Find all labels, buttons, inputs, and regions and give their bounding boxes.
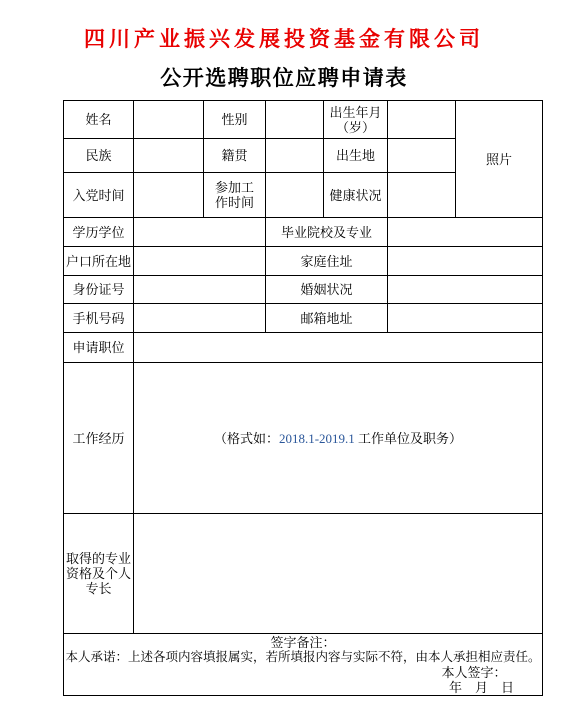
application-form-page: 四川产业振兴发展投资基金有限公司 公开选聘职位应聘申请表 姓名 性别 出生年月 … — [0, 0, 568, 712]
name-label: 姓名 — [64, 101, 134, 139]
school-major-label: 毕业院校及专业 — [266, 218, 388, 247]
birthplace-value-cell[interactable] — [388, 139, 456, 173]
health-status-value-cell[interactable] — [388, 173, 456, 218]
signature-remarks-cell[interactable]: 签字备注： 本人承诺：上述各项内容填报属实，若所填报内容与实际不符，由本人承担相… — [64, 634, 543, 696]
application-form-table: 姓名 性别 出生年月 （岁） 照片 民族 籍贯 出生地 入党时间 参加工 作时间… — [63, 100, 543, 696]
id-number-value-cell[interactable] — [134, 276, 266, 304]
personal-signature-label: 本人签字： — [406, 665, 542, 680]
email-address-label: 邮箱地址 — [266, 304, 388, 333]
email-address-value-cell[interactable] — [388, 304, 543, 333]
gender-label: 性别 — [204, 101, 266, 139]
home-address-label: 家庭住址 — [266, 247, 388, 276]
education-degree-value-cell[interactable] — [134, 218, 266, 247]
work-start-date-label: 参加工 作时间 — [204, 173, 266, 218]
household-location-value-cell[interactable] — [134, 247, 266, 276]
table-row: 学历学位 毕业院校及专业 — [64, 218, 543, 247]
work-start-date-value-cell[interactable] — [266, 173, 324, 218]
marital-status-label: 婚姻状况 — [266, 276, 388, 304]
table-row: 户口所在地 家庭住址 — [64, 247, 543, 276]
ethnicity-label: 民族 — [64, 139, 134, 173]
home-address-value-cell[interactable] — [388, 247, 543, 276]
table-row: 签字备注： 本人承诺：上述各项内容填报属实，若所填报内容与实际不符，由本人承担相… — [64, 634, 543, 696]
sign-note-label: 签字备注： — [64, 635, 542, 650]
work-experience-label: 工作经历 — [64, 363, 134, 514]
date-line: 年 月 日 — [421, 680, 542, 695]
table-row: 申请职位 — [64, 333, 543, 363]
id-number-label: 身份证号 — [64, 276, 134, 304]
commitment-text: 本人承诺：上述各项内容填报属实，若所填报内容与实际不符，由本人承担相应责任。 — [64, 650, 542, 665]
native-place-value-cell[interactable] — [266, 139, 324, 173]
applied-position-value-cell[interactable] — [134, 333, 543, 363]
qualifications-value-cell[interactable] — [134, 514, 543, 634]
qualifications-label: 取得的专业 资格及个人 专长 — [64, 514, 134, 634]
party-join-date-value-cell[interactable] — [134, 173, 204, 218]
birth-date-label: 出生年月 （岁） — [324, 101, 388, 139]
mobile-number-value-cell[interactable] — [134, 304, 266, 333]
table-row: 工作经历 （格式如：2018.1-2019.1 工作单位及职务） — [64, 363, 543, 514]
applied-position-label: 申请职位 — [64, 333, 134, 363]
gender-value-cell[interactable] — [266, 101, 324, 139]
ethnicity-value-cell[interactable] — [134, 139, 204, 173]
birthplace-label: 出生地 — [324, 139, 388, 173]
company-title: 四川产业振兴发展投资基金有限公司 — [0, 28, 568, 51]
table-row: 姓名 性别 出生年月 （岁） 照片 — [64, 101, 543, 139]
form-title: 公开选聘职位应聘申请表 — [0, 67, 568, 90]
name-value-cell[interactable] — [134, 101, 204, 139]
household-location-label: 户口所在地 — [64, 247, 134, 276]
native-place-label: 籍贯 — [204, 139, 266, 173]
work-experience-hint-prefix: （格式如： — [214, 431, 279, 446]
education-degree-label: 学历学位 — [64, 218, 134, 247]
work-experience-hint-suffix: 工作单位及职务） — [355, 431, 462, 446]
table-row: 取得的专业 资格及个人 专长 — [64, 514, 543, 634]
party-join-date-label: 入党时间 — [64, 173, 134, 218]
work-experience-value-cell[interactable]: （格式如：2018.1-2019.1 工作单位及职务） — [134, 363, 543, 514]
school-major-value-cell[interactable] — [388, 218, 543, 247]
health-status-label: 健康状况 — [324, 173, 388, 218]
birth-date-value-cell[interactable] — [388, 101, 456, 139]
table-row: 身份证号 婚姻状况 — [64, 276, 543, 304]
marital-status-value-cell[interactable] — [388, 276, 543, 304]
mobile-number-label: 手机号码 — [64, 304, 134, 333]
hint-date: 2018.1-2019.1 — [279, 431, 355, 446]
photo-cell[interactable]: 照片 — [456, 101, 543, 218]
table-row: 手机号码 邮箱地址 — [64, 304, 543, 333]
